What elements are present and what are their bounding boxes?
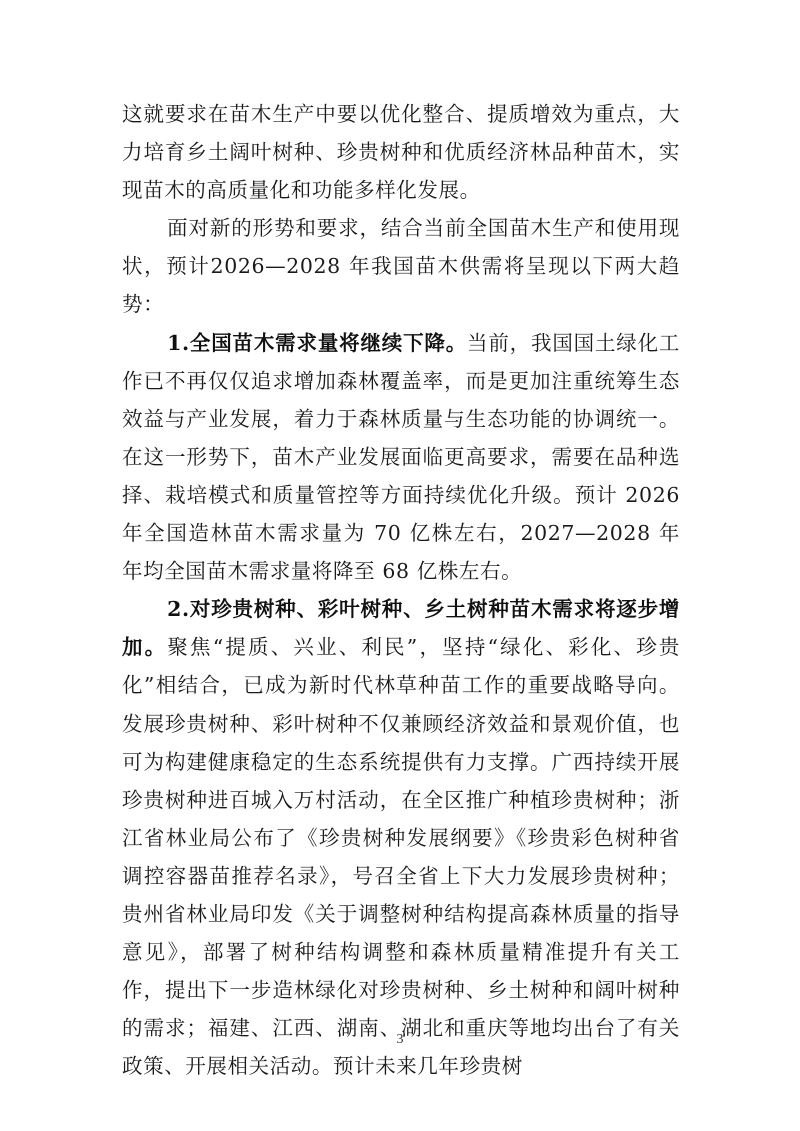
trend-1-heading: 1.全国苗木需求量将继续下降。 bbox=[167, 331, 467, 355]
page-body: 这就要求在苗木生产中要以优化整合、提质增效为重点，大力培育乡土阔叶树种、珍贵树种… bbox=[122, 95, 680, 1085]
paragraph-text: 当前，我国国土绿化工作已不再仅仅追求增加森林覆盖率，而是更加注重统筹生态效益与产… bbox=[122, 331, 680, 584]
paragraph-text: 聚焦“提质、兴业、利民”，坚持“绿化、彩化、珍贵化”相结合，已成为新时代林草种苗… bbox=[122, 635, 680, 1078]
paragraph-text: 面对新的形势和要求，结合当前全国苗木生产和使用现状，预计2026—2028 年我… bbox=[122, 216, 680, 316]
page-number: 3 bbox=[0, 1032, 800, 1048]
paragraph-text: 这就要求在苗木生产中要以优化整合、提质增效为重点，大力培育乡土阔叶树种、珍贵树种… bbox=[122, 102, 680, 202]
paragraph-trend-1: 1.全国苗木需求量将继续下降。当前，我国国土绿化工作已不再仅仅追求增加森林覆盖率… bbox=[122, 324, 680, 591]
paragraph-trend-2: 2.对珍贵树种、彩叶树种、乡土树种苗木需求将逐步增加。聚焦“提质、兴业、利民”，… bbox=[122, 590, 680, 1085]
paragraph-trend-intro: 面对新的形势和要求，结合当前全国苗木生产和使用现状，预计2026—2028 年我… bbox=[122, 209, 680, 323]
paragraph-requirements: 这就要求在苗木生产中要以优化整合、提质增效为重点，大力培育乡土阔叶树种、珍贵树种… bbox=[122, 95, 680, 209]
